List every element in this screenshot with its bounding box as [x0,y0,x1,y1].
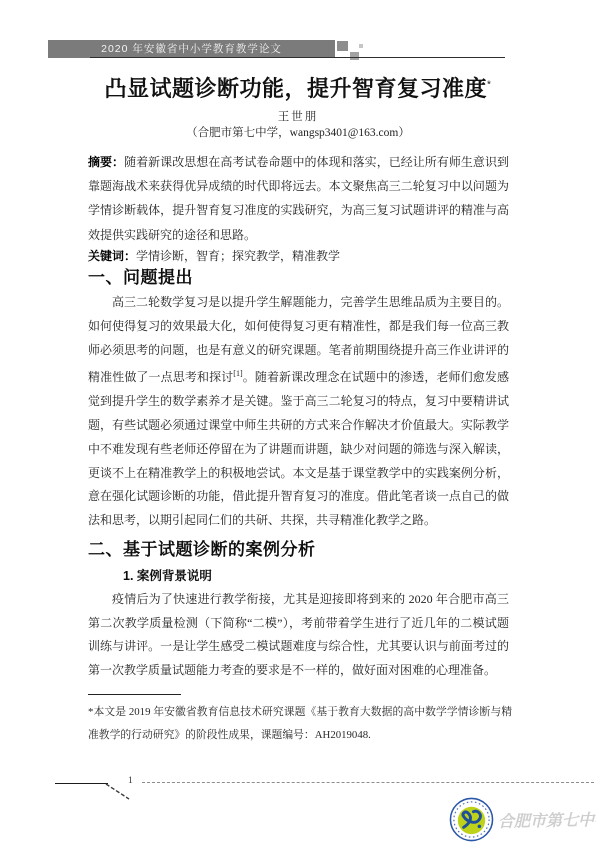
section-1-paragraph: 高三二轮数学复习是以提升学生解题能力，完善学生思维品质为主要目的。如何使得复习的… [88,291,509,533]
decoration-square-small [359,44,363,48]
paper-title: 凸显试题诊断功能，提升智育复习准度* [0,72,596,103]
school-logo [448,797,495,842]
footer-dashed-line [142,782,594,783]
decoration-square-large [337,41,348,51]
citation-marker: [1] [233,369,242,378]
header-rule [90,57,505,58]
abstract-text: 随着新课改思想在高考试卷命题中的体现和落实，已经让所有师生意识到靠题海战术来获得… [88,155,509,242]
subsection-1-paragraph: 疫情后为了快速进行教学衔接，尤其是迎接即将到来的 2020 年合肥市高三第二次教… [88,588,509,682]
footer-solid-line [55,783,108,784]
header-banner-text: 2020 年安徽省中小学教育教学论文 [101,43,282,55]
paper-title-text: 凸显试题诊断功能，提升智育复习准度 [105,76,488,101]
page-number: 1 [128,776,133,786]
logo-dot [478,825,482,829]
keywords-text: 学情诊断，智育；探究教学，精准教学 [136,249,340,263]
abstract-label: 摘要： [88,155,124,169]
author-name: 王世朋 [0,108,596,124]
keywords-label: 关键词： [88,249,136,263]
section-1-paragraph-text-cont: 。随着新课改理念在试题中的渗透，老师们愈发感觉到提升学生的数学素养才是关键。鉴于… [88,370,509,527]
author-affiliation: （合肥市第七中学，wangsp3401@163.com） [0,124,596,140]
footnote-divider [88,694,181,695]
subsection-1-heading: 1. 案例背景说明 [123,566,212,584]
header-banner: 2020 年安徽省中小学教育教学论文 [48,40,335,58]
footnote-text: *本文是 2019 年安徽省教育信息技术研究课题《基于教育大数据的高中数学学情诊… [88,701,512,747]
section-1-heading: 一、问题提出 [88,263,193,288]
school-watermark-text: 合肥市第七中学 [498,807,594,832]
title-footnote-marker: * [487,80,491,91]
decoration-square-medium [350,52,359,60]
section-2-heading: 二、基于试题诊断的案例分析 [88,535,316,560]
document-page: 2020 年安徽省中小学教育教学论文 凸显试题诊断功能，提升智育复习准度* 王世… [0,0,596,842]
abstract-paragraph: 摘要：随着新课改思想在高考试卷命题中的体现和落实，已经让所有师生意识到靠题海战术… [88,150,509,247]
